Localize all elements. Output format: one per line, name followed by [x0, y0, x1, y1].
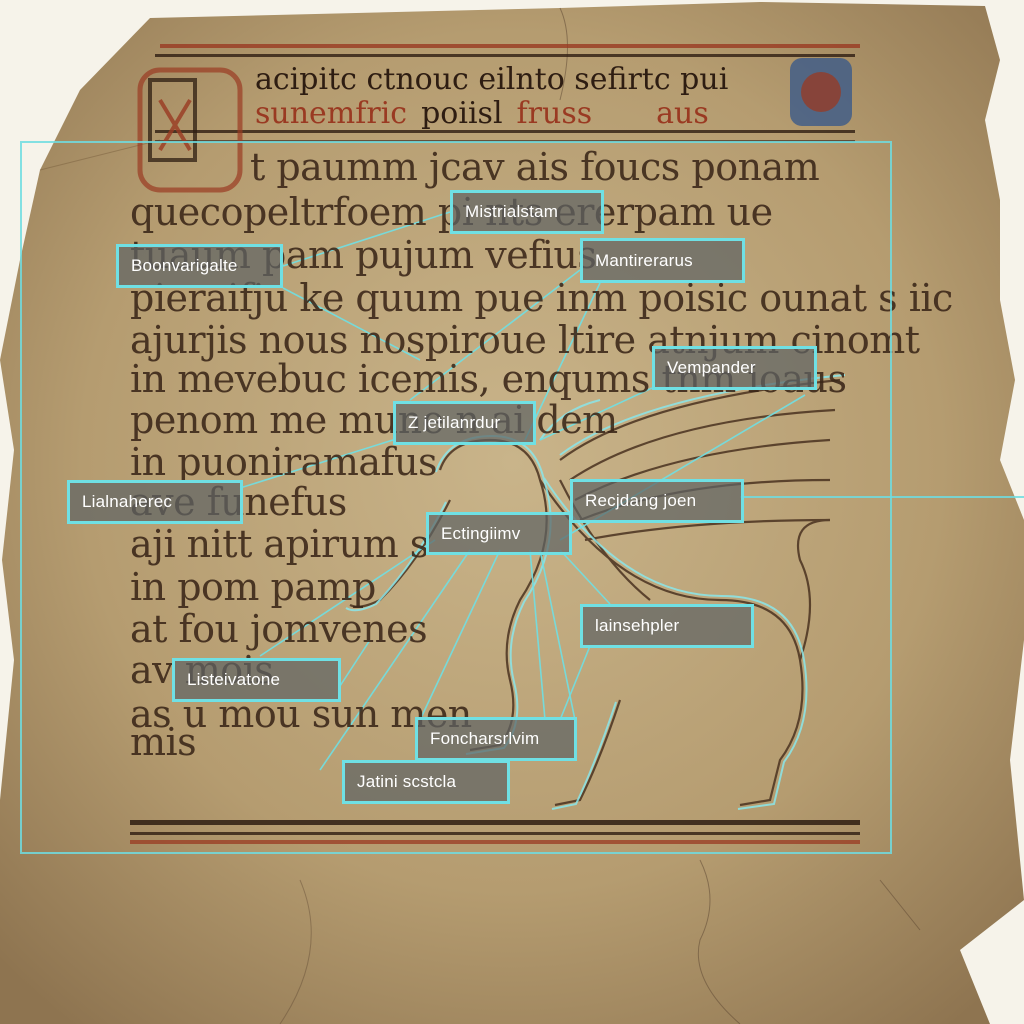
annotated-manuscript-image: acipitc ctnouc eilnto sefirtc pui sunemf…: [0, 0, 1024, 1024]
annotation-label-recjdang-joen[interactable]: Recjdang joen: [570, 479, 744, 523]
annotation-label-listeivatone[interactable]: Listeivatone: [172, 658, 341, 702]
header-rubric-word: sunemfric: [255, 96, 407, 131]
header-rubric-word: fruss: [517, 96, 593, 131]
annotation-label-zjetilanrdur[interactable]: Z jetilanrdur: [393, 401, 536, 445]
manuscript-header-line-1: acipitc ctnouc eilnto sefirtc pui: [255, 62, 728, 97]
annotation-extension-line: [740, 496, 1024, 498]
annotation-label-jatini-scstcla[interactable]: Jatini scstcla: [342, 760, 510, 804]
annotation-label-vempander[interactable]: Vempander: [652, 346, 817, 390]
annotation-label-foncharsrlvim[interactable]: Foncharsrlvim: [415, 717, 577, 761]
manuscript-header-line-2: sunemfric poiisl fruss aus: [255, 96, 709, 131]
header-rubric-word: aus: [656, 96, 709, 131]
annotation-label-lainsehpler[interactable]: lainsehpler: [580, 604, 754, 648]
annotation-label-lialnaherec[interactable]: Lialnaherec: [67, 480, 243, 524]
annotation-label-ectingiimv[interactable]: Ectingiimv: [426, 512, 572, 555]
annotation-label-mantirerarus[interactable]: Mantirerarus: [580, 238, 745, 283]
annotation-label-boonvarigalte[interactable]: Boonvarigalte: [116, 244, 283, 288]
header-word: poiisl: [421, 96, 502, 131]
annotation-label-mistrialstam[interactable]: Mistrialstam: [450, 190, 604, 234]
